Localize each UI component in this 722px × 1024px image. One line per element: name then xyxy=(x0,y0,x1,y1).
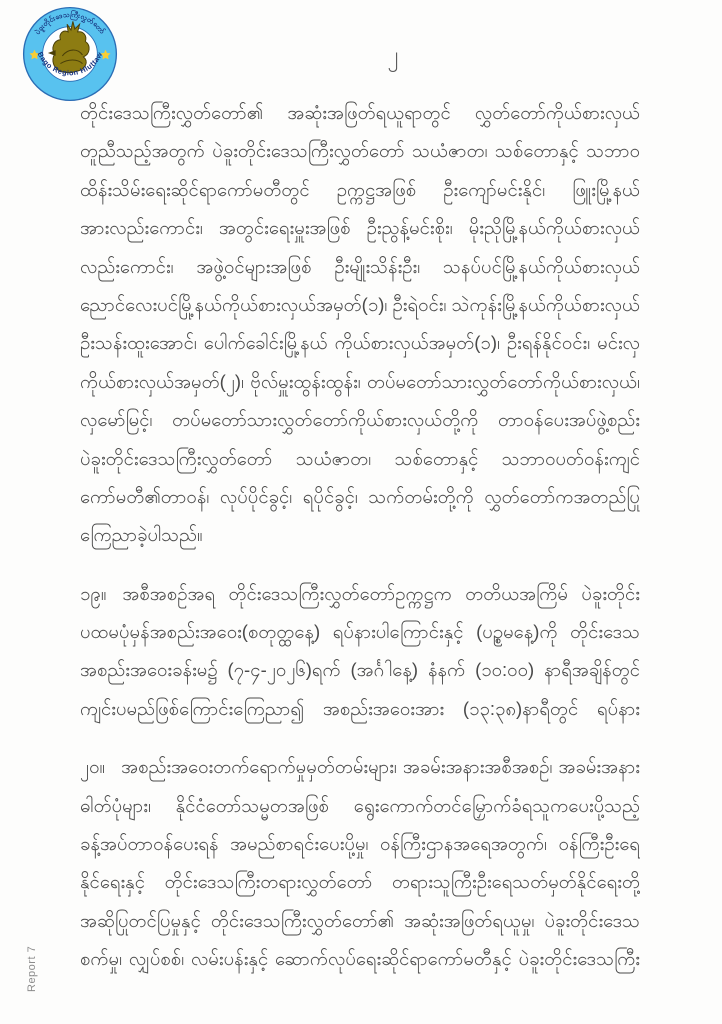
page-number: ၂ xyxy=(32,40,722,73)
text-line: ကော်မတီ၏တာဝန်၊ လုပ်ပိုင်ခွင့်၊ ရပိုင်ခွင… xyxy=(80,478,640,516)
text-line: ၁၉။အစီအစဉ်အရ တိုင်းဒေသကြီးလွှတ်တော်ဥက္ကဋ… xyxy=(80,575,640,613)
text-line: ဦးသန်းထူးအောင်၊ ပေါက်ခေါင်းမြို့နယ် ကိုယ… xyxy=(80,324,640,362)
text-line: လှမော်မြင့်၊ တပ်မတော်သားလွှတ်တော်ကိုယ်စာ… xyxy=(80,401,640,439)
paragraph: ၁၉။အစီအစဉ်အရ တိုင်းဒေသကြီးလွှတ်တော်ဥက္ကဋ… xyxy=(80,575,640,729)
paragraph: ၂၀။အစည်းအဝေးတက်ရောက်မှုမှတ်တမ်းများ၊ အခမ… xyxy=(80,748,640,978)
text-line: ဓါတ်ပုံများ၊ နိုင်ငံတော်သမ္မတအဖြစ် ရွေးက… xyxy=(80,787,640,825)
text-line: အားလည်းကောင်း၊ အတွင်းရေးမှူးအဖြစ် ဦးညွန့… xyxy=(80,209,640,247)
text-line: အစည်းအဝေးခန်းမ၌ (၇-၄-၂၀၂၆)ရက် (အင်္ဂါနေ့… xyxy=(80,651,640,689)
paragraph-number: ၂၀။ xyxy=(80,748,105,786)
text-line: အဆိုပြုတင်ပြမှုနှင့် တိုင်းဒေသကြီးလွှတ်တ… xyxy=(80,902,640,940)
document-body: တိုင်းဒေသကြီးလွှတ်တော်၏ အဆုံးအဖြတ်ရယူရာတ… xyxy=(80,94,640,999)
text-line: ခန့်အပ်တာဝန်ပေးရန် အမည်စာရင်းပေးပို့မှု၊… xyxy=(80,825,640,863)
text-line: ထိန်းသိမ်းရေးဆိုင်ရာကော်မတီတွင် ဥက္ကဋ္ဌအ… xyxy=(80,171,640,209)
text-line: နိုင်ရေးနှင့် တိုင်းဒေသကြီးတရားလွှတ်တော်… xyxy=(80,863,640,901)
text-line: ၂၀။အစည်းအဝေးတက်ရောက်မှုမှတ်တမ်းများ၊ အခမ… xyxy=(80,748,640,786)
text-line: ပဲခူးတိုင်းဒေသကြီးလွှတ်တော် သယံဇာတ၊ သစ်တ… xyxy=(80,440,640,478)
text-line: စက်မှု၊ လျှပ်စစ်၊ လမ်းပန်းနှင့် ဆောက်လုပ… xyxy=(80,940,640,978)
text-line: ကြေညာခဲ့ပါသည်။ xyxy=(80,516,640,554)
text-line: ညောင်လေးပင်မြို့နယ်ကိုယ်စားလှယ်အမှတ်(၁)၊… xyxy=(80,286,640,324)
text-line: လည်းကောင်း၊ အဖွဲ့ဝင်များအဖြစ် ဦးမျိုးသိန… xyxy=(80,248,640,286)
scanned-document-page: ပဲခူးတိုင်းဒေသကြီးလွှတ်တော် Bago Region … xyxy=(0,0,722,1024)
text-line: ကျင်းပမည်ဖြစ်ကြောင်းကြေညာ၍ အစည်းအဝေးအား … xyxy=(80,690,640,728)
text-line: ကိုယ်စားလှယ်အမှတ်(၂)၊ ဗိုလ်မှူးထွန်းထွန်… xyxy=(80,363,640,401)
text-line: ပထမပုံမှန်အစည်းအဝေး(စတုတ္ထနေ့) ရပ်နားပါက… xyxy=(80,613,640,651)
paragraph: တိုင်းဒေသကြီးလွှတ်တော်၏ အဆုံးအဖြတ်ရယူရာတ… xyxy=(80,94,640,555)
paragraph-number: ၁၉။ xyxy=(80,575,106,613)
text-line: တူညီသည့်အတွက် ပဲခူးတိုင်းဒေသကြီးလွှတ်တော… xyxy=(80,132,640,170)
text-line: တိုင်းဒေသကြီးလွှတ်တော်၏ အဆုံးအဖြတ်ရယူရာတ… xyxy=(80,94,640,132)
report-watermark: Report 7 xyxy=(26,932,38,992)
